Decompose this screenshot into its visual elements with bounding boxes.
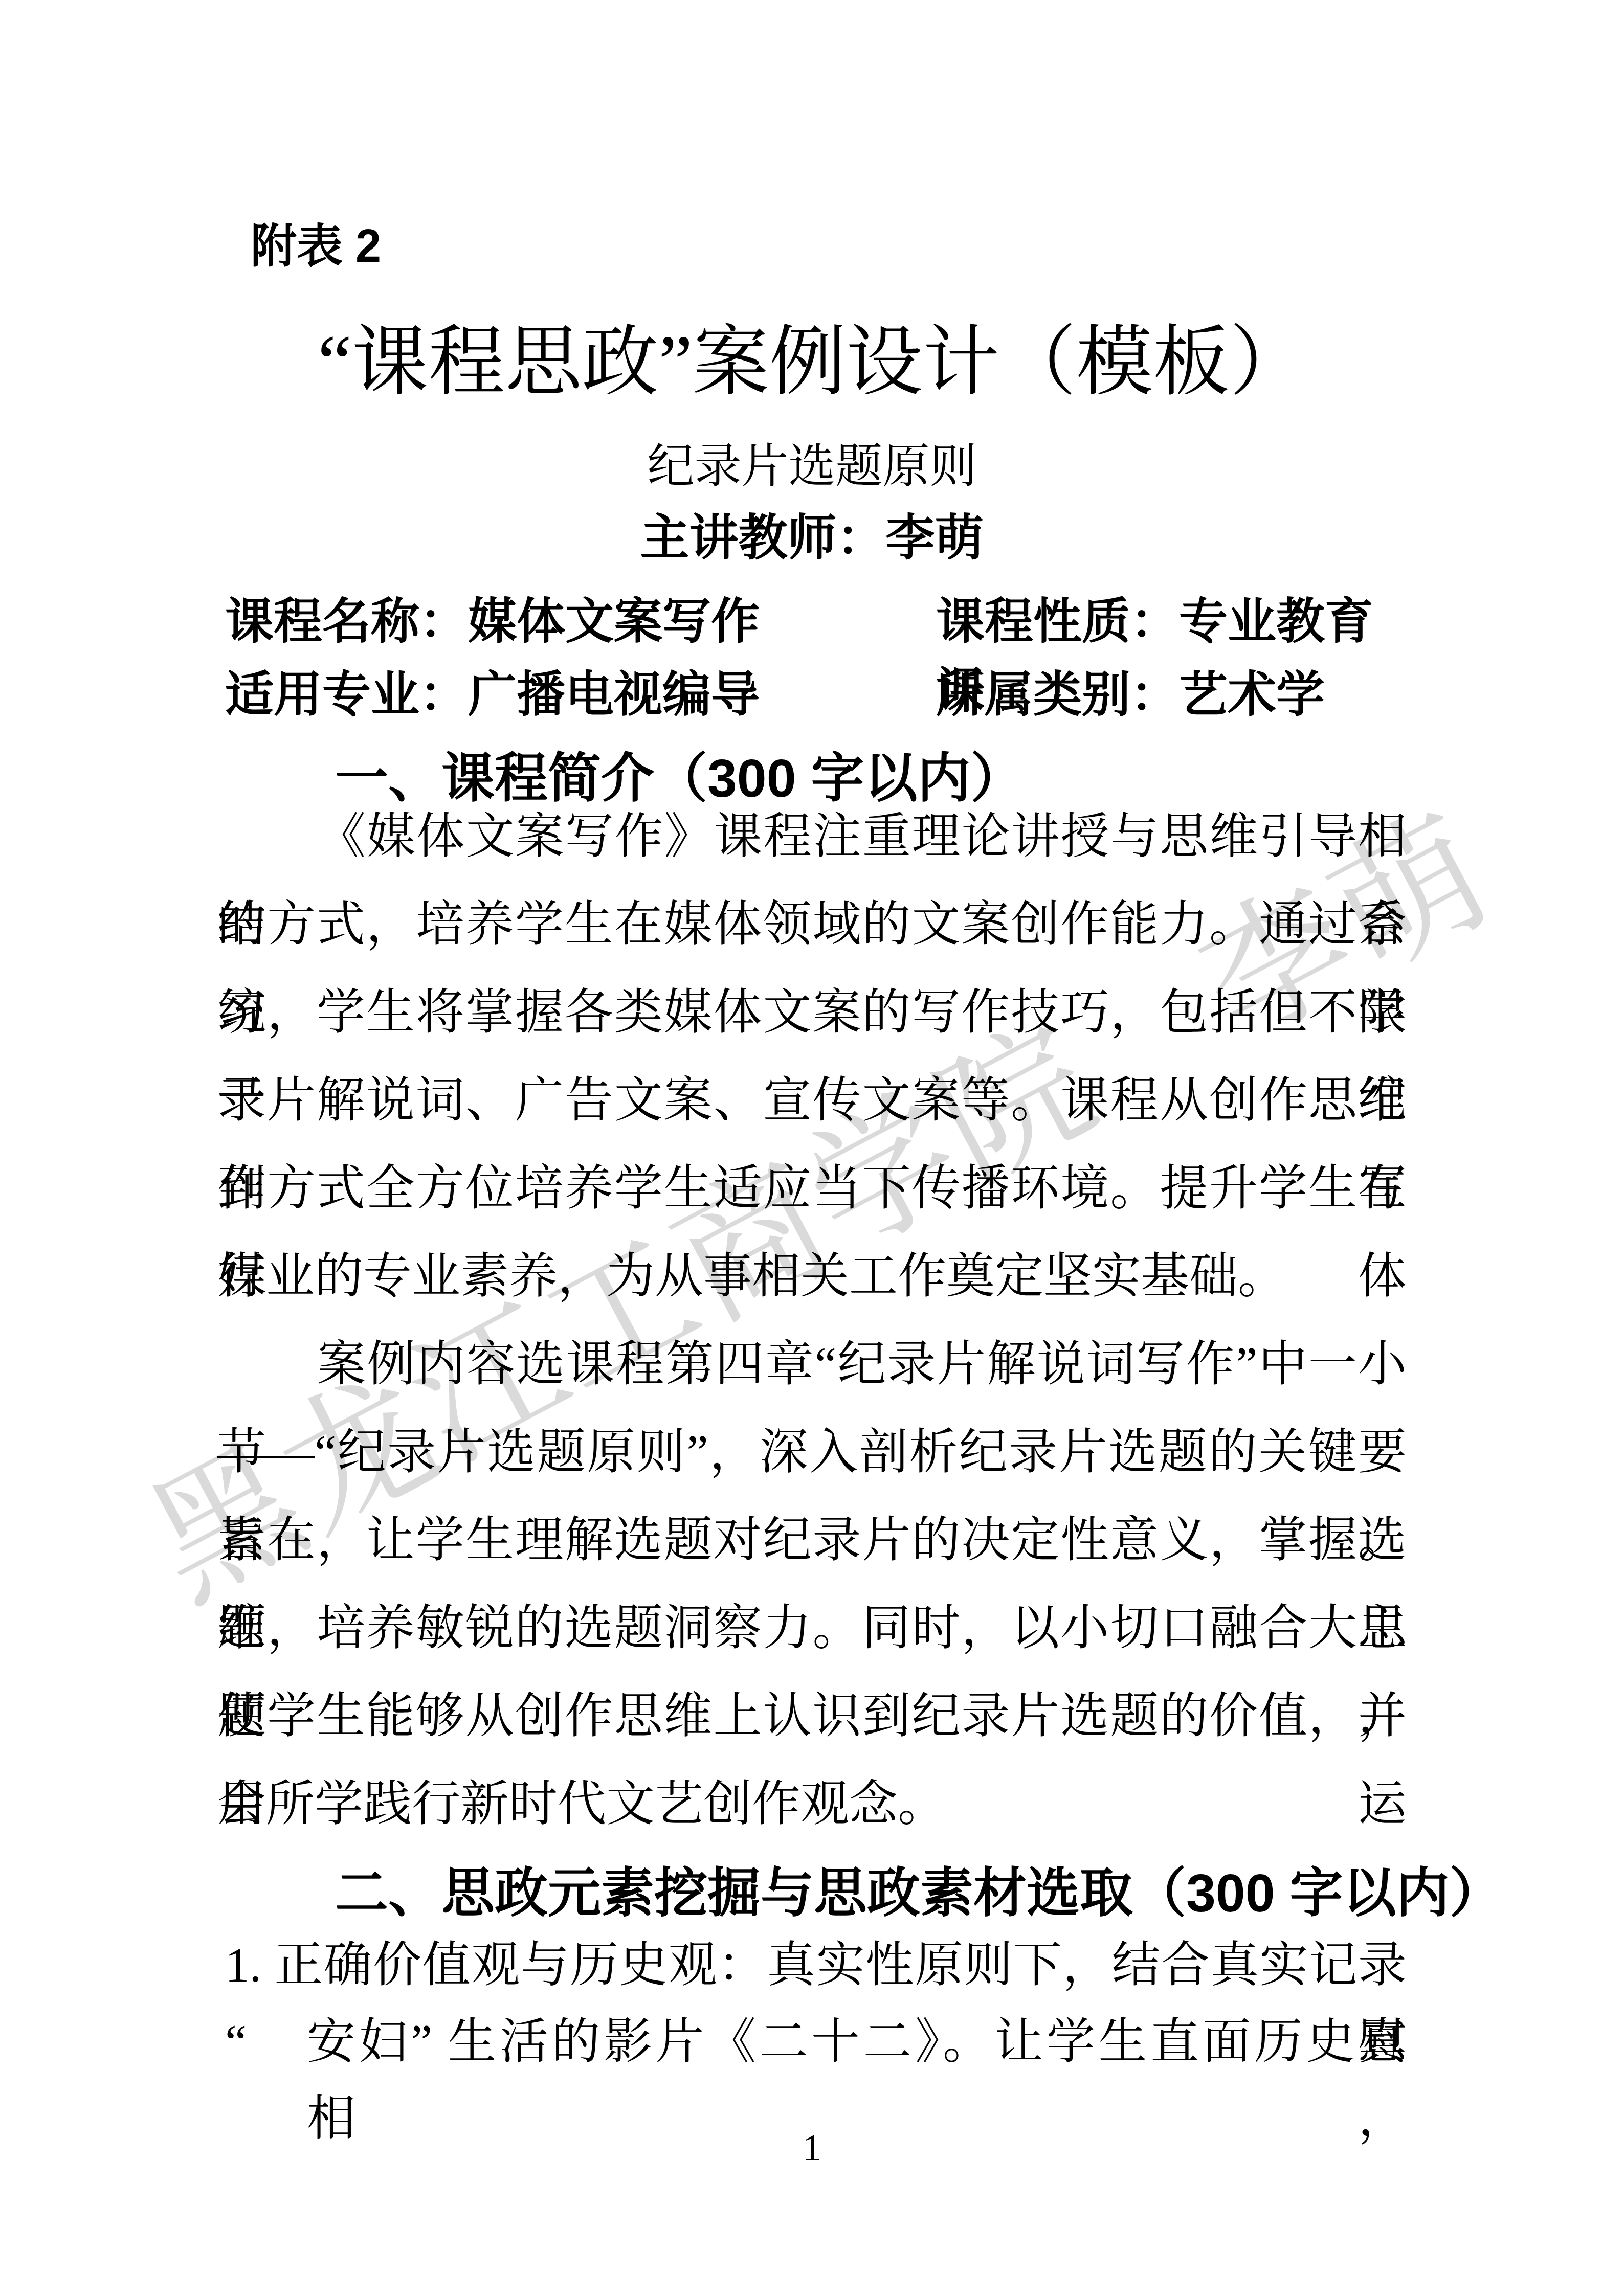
- applicable-major-label: 适用专业：: [225, 668, 468, 722]
- ideology-list-item-1: 1. 正确价值观与历史观：真实性原则下，结合真实记录 “慰 安妇” 生活的影片《…: [225, 1927, 1407, 2080]
- document-content: 附表 2 “课程思政”案例设计（模板） 纪录片选题原则 主讲教师：李萌 课程名称…: [0, 0, 1624, 2296]
- intro-line: 作方式全方位培养学生适应当下传播环境。提升学生在媒体: [217, 1144, 1407, 1232]
- document-subtitle: 纪录片选题原则: [0, 429, 1624, 496]
- intro-line: 行业的专业素养，为从事相关工作奠定坚实基础。: [217, 1232, 1407, 1320]
- applicable-major-cell: 适用专业：广播电视编导: [225, 668, 760, 722]
- case-paragraph: 案例内容选课程第四章“纪录片解说词写作”中一小节 ——“纪录片选题原则”，深入剖…: [217, 1320, 1407, 1848]
- intro-line: 《媒体文案写作》课程注重理论讲授与思维引导相结合: [217, 793, 1407, 881]
- intro-line: 录片解说词、广告文案、宣传文案等。课程从创作思维到写: [217, 1056, 1407, 1144]
- course-name-label: 课程名称：: [225, 595, 468, 649]
- category-cell: 所属类别：艺术学: [936, 656, 1325, 726]
- case-line: 使学生能够从创作思维上认识到纪录片选题的价值，并会运: [217, 1672, 1407, 1760]
- course-info-row-2: 适用专业：广播电视编导 所属类别：艺术学: [225, 656, 1407, 717]
- course-name-value: 媒体文案写作: [468, 595, 760, 649]
- course-info-row-1: 课程名称：媒体文案写作 课程性质：专业教育课: [225, 583, 1407, 644]
- intro-paragraph: 《媒体文案写作》课程注重理论讲授与思维引导相结合 的方式，培养学生在媒体领域的文…: [217, 793, 1407, 1320]
- page-number: 1: [0, 2126, 1624, 2170]
- document-page: 黑龙江工商学院 李萌 附表 2 “课程思政”案例设计（模板） 纪录片选题原则 主…: [0, 0, 1624, 2296]
- intro-line: 的方式，培养学生在媒体领域的文案创作能力。通过系统学: [217, 881, 1407, 969]
- section-two-heading: 二、思政元素挖掘与思政素材选取（300 字以内）: [335, 1850, 1502, 1927]
- teacher-line: 主讲教师：李萌: [0, 499, 1624, 569]
- intro-line: 习，学生将掌握各类媒体文案的写作技巧，包括但不限于纪: [217, 969, 1407, 1056]
- case-line: ——“纪录片选题原则”，深入剖析纪录片选题的关键要素。: [217, 1408, 1407, 1496]
- case-line: 维，培养敏锐的选题洞察力。同时，以小切口融合大主题，: [217, 1584, 1407, 1672]
- course-name-cell: 课程名称：媒体文案写作: [225, 595, 760, 649]
- category-value: 艺术学: [1179, 668, 1325, 722]
- list-line: 安妇” 生活的影片《二十二》。让学生直面历史真相，: [225, 2004, 1407, 2080]
- category-label: 所属类别：: [936, 668, 1179, 722]
- document-title: “课程思政”案例设计（模板）: [0, 318, 1624, 408]
- case-line: 旨在，让学生理解选题对纪录片的决定性意义，掌握选题思: [217, 1496, 1407, 1584]
- applicable-major-value: 广播电视编导: [468, 668, 760, 722]
- list-line: 1. 正确价值观与历史观：真实性原则下，结合真实记录 “慰: [225, 1927, 1407, 2004]
- appendix-label: 附表 2: [251, 209, 381, 275]
- course-nature-label: 课程性质：: [936, 595, 1179, 649]
- case-line: 案例内容选课程第四章“纪录片解说词写作”中一小节: [217, 1320, 1407, 1408]
